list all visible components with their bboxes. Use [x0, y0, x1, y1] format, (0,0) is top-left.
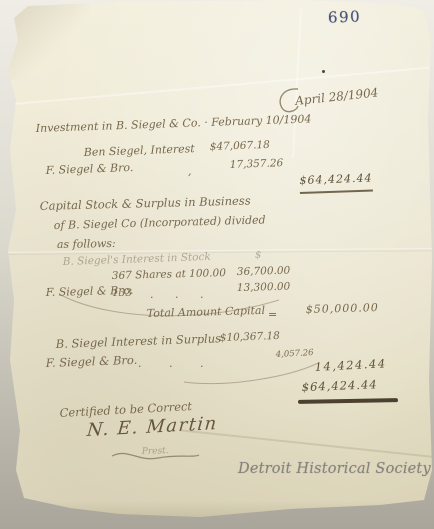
capital-bro-amount: 13,300.00 [237, 281, 291, 294]
paper-crease [292, 8, 302, 158]
surplus-row-amount: $10,367.18 [220, 330, 281, 344]
total-underline [298, 398, 398, 403]
equals-mark: = [268, 308, 277, 321]
capital-stock-label: B. Siegel's Interest in Stock [63, 251, 211, 268]
currency-mark: $ [255, 250, 261, 261]
ditto-mark: , [188, 165, 192, 178]
capital-heading-line2: of B. Siegel Co (Incorporated) divided [54, 213, 266, 232]
investment-row-label: F. Siegel & Bro. [46, 161, 134, 177]
paper-sheet: 690 April 28/1904 Investment in B. Siege… [0, 0, 434, 529]
watermark-text: Detroit Historical Society [238, 461, 431, 477]
investment-row-label: Ben Siegel, Interest [84, 142, 195, 159]
paper-crease [181, 429, 434, 462]
surplus-row-label: B. Siegel Interest in Surplus [56, 331, 222, 351]
ditto-mark: . . . [138, 357, 204, 370]
capital-stock-amount: 36,700.00 [237, 265, 291, 278]
capital-bro-shares: 133 [112, 287, 132, 299]
surplus-subtotal: 14,424.44 [314, 356, 387, 374]
capital-total-amount: $50,000.00 [306, 301, 379, 316]
investment-row-amount: 17,357.26 [230, 157, 284, 171]
ink-dot [322, 70, 325, 73]
scanned-document: 690 April 28/1904 Investment in B. Siege… [0, 0, 434, 529]
capital-total-label: Total Amount Capital [147, 304, 266, 320]
catalog-stamp-number: 690 [328, 7, 362, 26]
ditto-mark: . . . [150, 288, 204, 301]
capital-heading-line1: Capital Stock & Surplus in Business [40, 193, 251, 213]
capital-heading-line3: as follows: [57, 237, 116, 251]
grand-total: $64,424.44 [302, 377, 378, 394]
investment-total: $64,424.44 [299, 171, 373, 194]
investment-row-amount: $47,067.18 [210, 139, 271, 153]
signature-title: Prest. [142, 446, 169, 457]
date-line: April 28/1904 [295, 85, 379, 108]
surplus-row-label: F. Siegel & Bro. [46, 353, 138, 370]
surplus-row-amount: 4,057.26 [275, 348, 313, 360]
investment-heading: Investment in B. Siegel & Co. · February… [36, 112, 312, 135]
capital-stock-detail: 367 Shares at 100.00 [112, 267, 226, 282]
